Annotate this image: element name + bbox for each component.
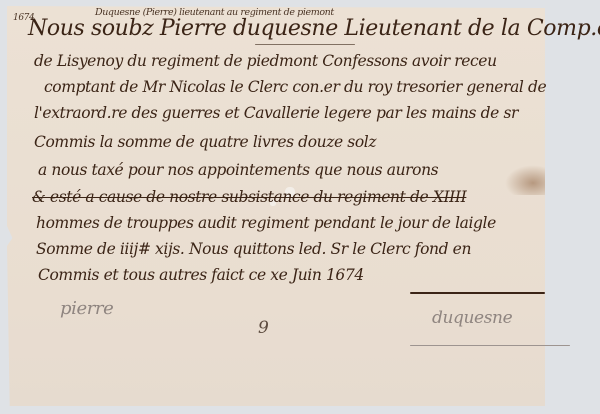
line-2: de Lisyenoy du regiment de piedmont Conf… [34,52,497,70]
line-8: hommes de trouppes audit regiment pendan… [36,214,496,232]
line-9: Somme de iiij# xijs. Nous quittons led. … [36,240,471,258]
line-1-rule [255,44,355,45]
center-mark: 9 [258,318,268,338]
line-4: l'extraord.re des guerres et Cavallerie … [34,104,518,122]
signature-underline [410,345,570,346]
ink-stain [505,165,545,195]
signature-left: pierre [60,298,113,319]
line-1: Nous soubz Pierre duquesne Lieutenant de… [28,16,600,41]
line-3: comptant de Mr Nicolas le Clerc con.er d… [44,78,546,96]
date-underline [410,292,545,294]
line-6: a nous taxé pour nos appointements que n… [38,161,438,179]
line-7-struck: & esté a cause de nostre subsistance du … [32,188,466,206]
line-5: Commis la somme de quatre livres douze s… [34,133,376,151]
line-10: Commis et tous autres faict ce xe Juin 1… [38,266,364,284]
signature-right: duquesne [432,308,512,328]
